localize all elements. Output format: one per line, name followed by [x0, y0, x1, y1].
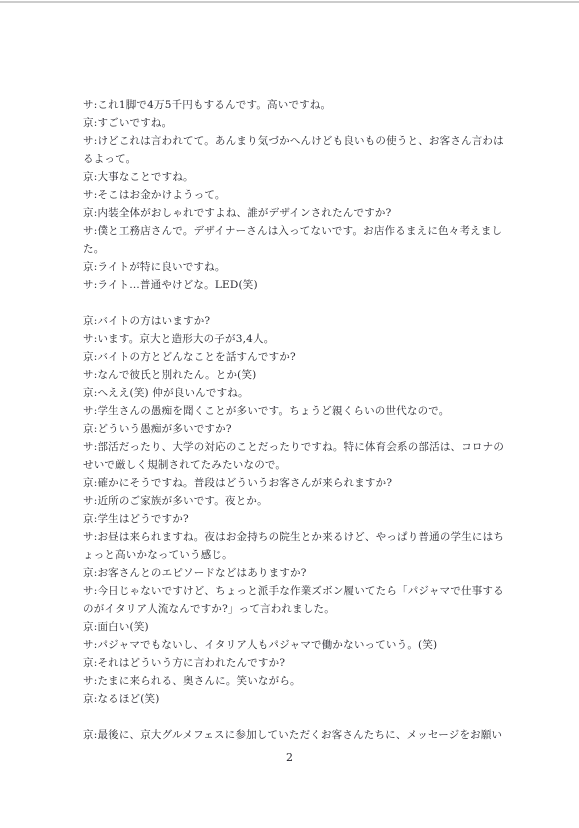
transcript-line: サ:なんで彼氏と別れたん。とか(笑)	[83, 366, 519, 384]
blank-line	[83, 294, 519, 312]
transcript-line: サ:学生さんの愚痴を聞くことが多いです。ちょうど親くらいの世代なので。	[83, 402, 519, 420]
page-number: 2	[0, 750, 579, 766]
transcript-line: サ:これ1脚で4万5千円もするんです。高いですね。	[83, 96, 519, 114]
transcript-line: サ:近所のご家族が多いです。夜とか。	[83, 492, 519, 510]
transcript-line: サ:部活だったり、大学の対応のことだったりですね。特に体育会系の部活は、コロナの	[83, 438, 519, 456]
transcript-line: サ:ライト…普通やけどな。LED(笑)	[83, 276, 519, 294]
transcript-line: 京:へええ(笑) 仲が良いんですね。	[83, 384, 519, 402]
transcript-line: 京:それはどういう方に言われたんですか?	[83, 654, 519, 672]
transcript-line: せいで厳しく規制されてたみたいなので。	[83, 456, 519, 474]
transcript-line: 京:バイトの方とどんなことを話すんですか?	[83, 348, 519, 366]
transcript-line: 京:面白い(笑)	[83, 618, 519, 636]
transcript-line: るよって。	[83, 150, 519, 168]
transcript-line: 京:内装全体がおしゃれですよね、誰がデザインされたんですか?	[83, 204, 519, 222]
transcript-line: サ:パジャマでもないし、イタリア人もパジャマで働かないっていう。(笑)	[83, 636, 519, 654]
transcript-line: 京:最後に、京大グルメフェスに参加していただくお客さんたちに、メッセージをお願い	[83, 726, 519, 744]
blank-line	[83, 708, 519, 726]
transcript-line: 京:なるほど(笑)	[83, 690, 519, 708]
transcript-line: 京:お客さんとのエピソードなどはありますか?	[83, 564, 519, 582]
transcript-line: 京:確かにそうですね。普段はどういうお客さんが来られますか?	[83, 474, 519, 492]
transcript-line: サ:います。京大と造形大の子が3,4人。	[83, 330, 519, 348]
document-page: サ:これ1脚で4万5千円もするんです。高いですね。京:すごいですね。サ:けどこれ…	[0, 0, 579, 828]
transcript-line: サ:そこはお金かけようって。	[83, 186, 519, 204]
transcript-line: 京:バイトの方はいますか?	[83, 312, 519, 330]
transcript-line: 京:どういう愚痴が多いですか?	[83, 420, 519, 438]
transcript-line: サ:けどこれは言われてて。あんまり気づかへんけども良いもの使うと、お客さん言わは	[83, 132, 519, 150]
transcript-line: 京:ライトが特に良いですね。	[83, 258, 519, 276]
transcript-line: サ:たまに来られる、奥さんに。笑いながら。	[83, 672, 519, 690]
transcript-line: ょっと高いかなっていう感じ。	[83, 546, 519, 564]
transcript-line: た。	[83, 240, 519, 258]
transcript-line: サ:今日じゃないですけど、ちょっと派手な作業ズボン履いてたら「パジャマで仕事する	[83, 582, 519, 600]
transcript-line: 京:すごいですね。	[83, 114, 519, 132]
transcript-line: サ:僕と工務店さんで。デザイナーさんは入ってないです。お店作るまえに色々考えまし	[83, 222, 519, 240]
transcript-line: 京:学生はどうですか?	[83, 510, 519, 528]
transcript-line: のがイタリア人流なんですか?」って言われました。	[83, 600, 519, 618]
transcript-line: 京:大事なことですね。	[83, 168, 519, 186]
transcript-line: サ:お昼は来られますね。夜はお金持ちの院生とか来るけど、やっぱり普通の学生にはち	[83, 528, 519, 546]
transcript-lines: サ:これ1脚で4万5千円もするんです。高いですね。京:すごいですね。サ:けどこれ…	[83, 96, 519, 744]
page-top-rule	[0, 1, 579, 3]
